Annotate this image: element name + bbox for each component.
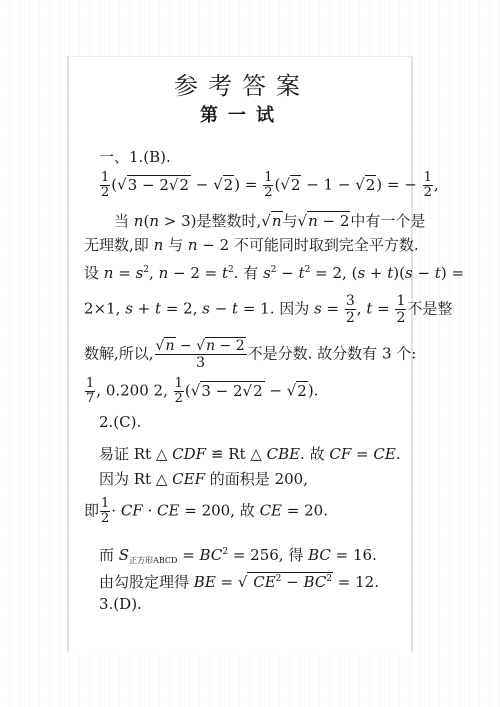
question-1-para-1: 当 n(n > 3)是整数时,√n与√n − 2中有一个是 [114, 211, 425, 231]
question-1-para-3: 设 n = s2, n − 2 = t2. 有 s2 − t2 = 2, (s … [84, 260, 464, 283]
question-1-header: 一、1.(B). [99, 147, 171, 167]
question-1-para-4: 2×1, s + t = 2, s − t = 1. 因为 s = 32, t … [84, 293, 452, 326]
question-1-para-5: 数解,所以,√n − √n − 23不是分数. 故分数有 3 个: [84, 338, 416, 371]
question-2-para-1: 易证 Rt △ CDF ≌ Rt △ CBE. 故 CF = CE. [99, 444, 401, 464]
page-title: 参考答案 [69, 71, 415, 101]
question-1-para-2: 无理数,即 n 与 n − 2 不可能同时取到完全平方数. [84, 235, 419, 255]
question-3-header: 3.(D). [99, 594, 142, 614]
question-2-para-2: 因为 Rt △ CEF 的面积是 200, [99, 469, 308, 489]
question-1-para-6: 17, 0.200 2, 12(√3 − 2√2 − √2). [84, 377, 318, 406]
question-2-para-4: 而 S正方形ABCD = BC2 = 256, 得 BC = 16. [99, 542, 377, 571]
answer-page: 参考答案 第一试 一、1.(B). 12(√3 − 2√2 − √2) = 12… [67, 56, 413, 652]
section-title: 第一试 [69, 104, 415, 128]
question-1-equation: 12(√3 − 2√2 − √2) = 12(√2 − 1 − √2) = − … [99, 171, 439, 200]
question-2-para-5: 由勾股定理得 BE = √ CE2 − BC2 = 12. [99, 569, 379, 592]
question-2-header: 2.(C). [99, 412, 141, 432]
question-2-para-3: 即12· CF · CE = 200, 故 CE = 20. [84, 497, 328, 526]
